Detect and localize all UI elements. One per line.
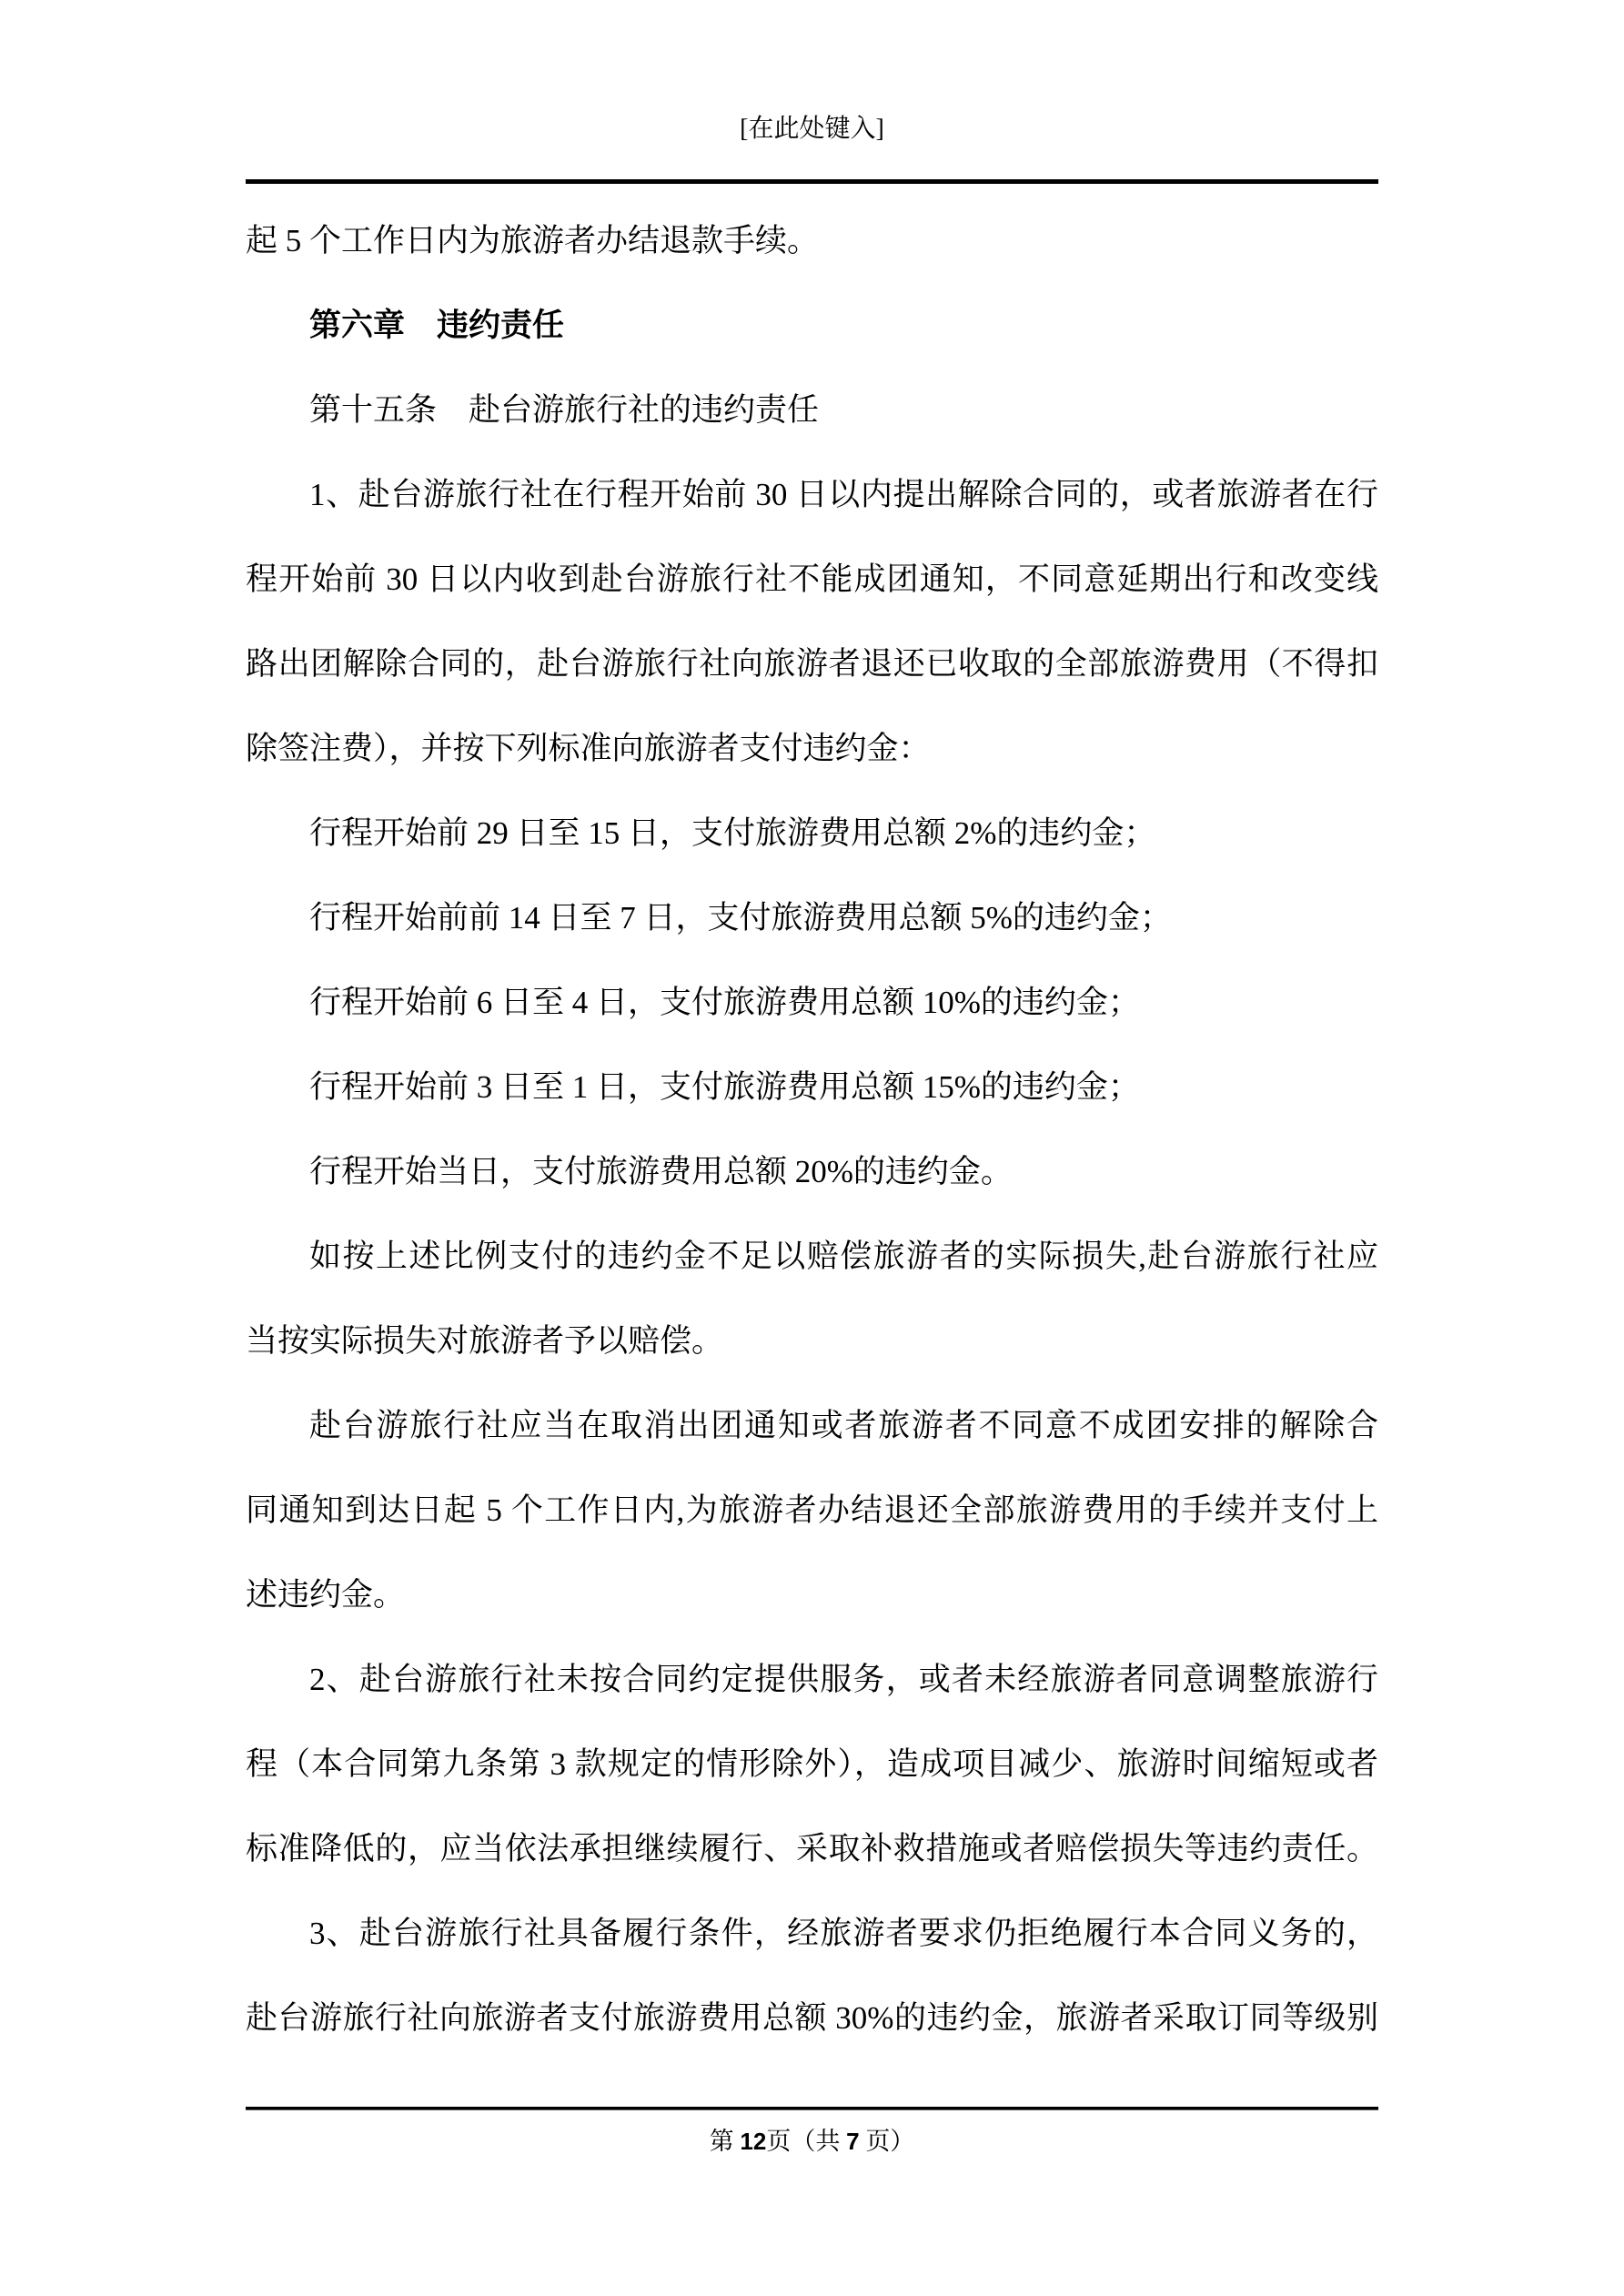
footer-prefix: 第 bbox=[710, 2128, 741, 2155]
header-rule bbox=[246, 179, 1378, 184]
doc-line: 赴台游旅行社应当在取消出团通知或者旅游者不同意不成团安排的解除合 bbox=[246, 1383, 1378, 1468]
doc-line: 1、赴台游旅行社在行程开始前 30 日以内提出解除合同的，或者旅游者在行 bbox=[246, 452, 1378, 537]
document-body: 起 5 个工作日内为旅游者办结退款手续。 第六章 违约责任 第十五条 赴台游旅行… bbox=[246, 198, 1378, 2060]
doc-line: 除签注费），并按下列标准向旅游者支付违约金： bbox=[246, 706, 1378, 791]
doc-line: 当按实际损失对旅游者予以赔偿。 bbox=[246, 1299, 1378, 1383]
doc-line: 2、赴台游旅行社未按合同约定提供服务，或者未经旅游者同意调整旅游行 bbox=[246, 1637, 1378, 1722]
document-page: [在此处键入] 起 5 个工作日内为旅游者办结退款手续。 第六章 违约责任 第十… bbox=[0, 0, 1624, 2296]
doc-line: 行程开始前前 14 日至 7 日，支付旅游费用总额 5%的违约金； bbox=[246, 875, 1378, 960]
doc-line: 标准降低的，应当依法承担继续履行、采取补救措施或者赔偿损失等违约责任。 bbox=[246, 1806, 1378, 1891]
doc-line: 述违约金。 bbox=[246, 1553, 1378, 1637]
doc-line: 路出团解除合同的，赴台游旅行社向旅游者退还已收取的全部旅游费用（不得扣 bbox=[246, 622, 1378, 706]
doc-line: 行程开始前 29 日至 15 日，支付旅游费用总额 2%的违约金； bbox=[246, 791, 1378, 875]
header-placeholder: [在此处键入] bbox=[246, 111, 1378, 147]
current-page-number: 12 bbox=[740, 2128, 766, 2155]
footer-suffix: 页） bbox=[860, 2128, 915, 2155]
doc-line: 程开始前 30 日以内收到赴台游旅行社不能成团通知，不同意延期出行和改变线 bbox=[246, 537, 1378, 622]
doc-line: 程（本合同第九条第 3 款规定的情形除外），造成项目减少、旅游时间缩短或者 bbox=[246, 1722, 1378, 1806]
doc-line: 行程开始前 3 日至 1 日，支付旅游费用总额 15%的违约金； bbox=[246, 1045, 1378, 1129]
doc-line: 同通知到达日起 5 个工作日内,为旅游者办结退还全部旅游费用的手续并支付上 bbox=[246, 1468, 1378, 1553]
total-page-count: 7 bbox=[846, 2128, 859, 2155]
page-number-footer: 第 12页（共 7 页） bbox=[246, 2120, 1378, 2162]
doc-line: 行程开始当日，支付旅游费用总额 20%的违约金。 bbox=[246, 1129, 1378, 1214]
chapter-heading: 第六章 违约责任 bbox=[246, 283, 1378, 368]
doc-line: 如按上述比例支付的违约金不足以赔偿旅游者的实际损失,赴台游旅行社应 bbox=[246, 1214, 1378, 1299]
doc-line: 3、赴台游旅行社具备履行条件，经旅游者要求仍拒绝履行本合同义务的， bbox=[246, 1891, 1378, 1976]
doc-line: 行程开始前 6 日至 4 日，支付旅游费用总额 10%的违约金； bbox=[246, 960, 1378, 1045]
doc-line: 起 5 个工作日内为旅游者办结退款手续。 bbox=[246, 198, 1378, 283]
footer-rule bbox=[246, 2107, 1378, 2110]
footer-infix: 页（共 bbox=[766, 2128, 846, 2155]
article-heading: 第十五条 赴台游旅行社的违约责任 bbox=[246, 368, 1378, 452]
doc-line: 赴台游旅行社向旅游者支付旅游费用总额 30%的违约金，旅游者采取订同等级别 bbox=[246, 1976, 1378, 2060]
